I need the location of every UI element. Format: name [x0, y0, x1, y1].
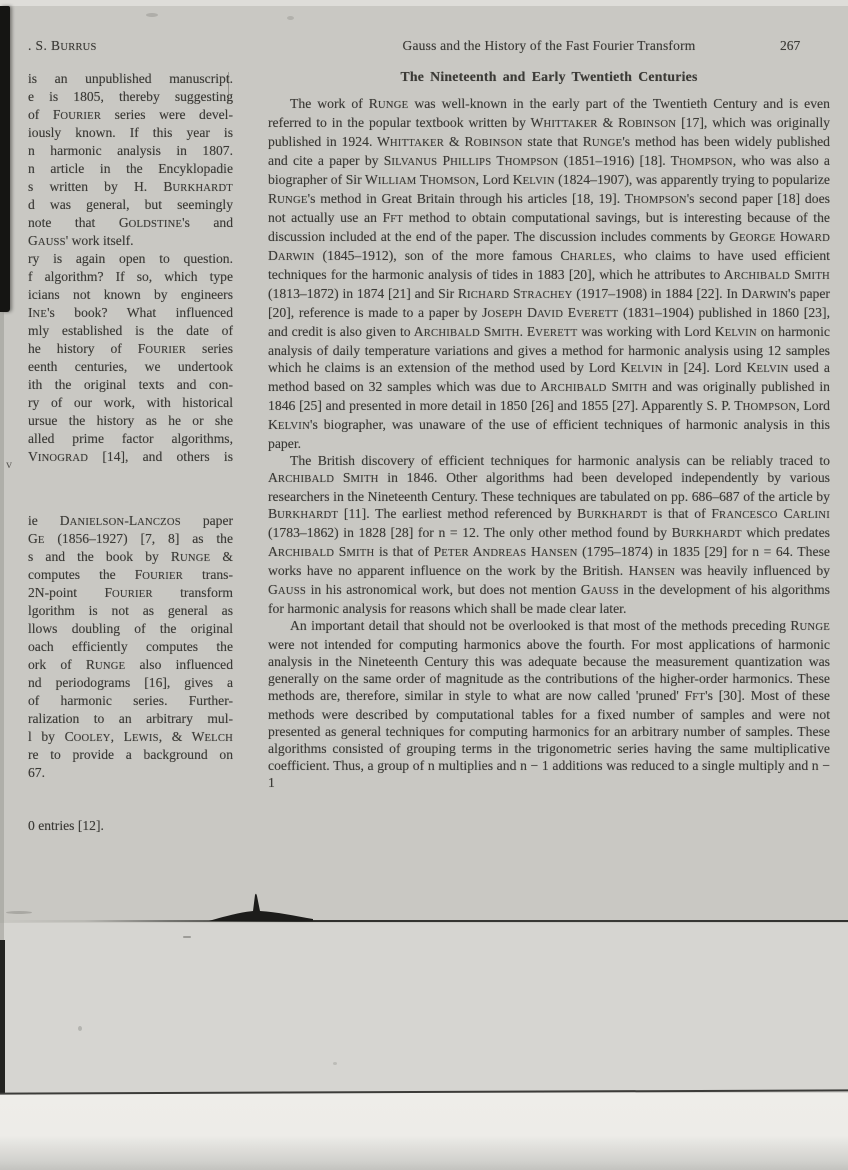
- cut-text-line: ith the original texts and con-: [28, 376, 233, 394]
- footnote-fragment: 0 entries [12].: [28, 818, 104, 834]
- cut-text-line: 2N-point FOURIER transform: [28, 584, 233, 602]
- cut-text-line: computes the FOURIER trans-: [28, 566, 233, 584]
- paper-bottom-band: [0, 1093, 848, 1170]
- cut-text-line: iously known. If this year is: [28, 124, 233, 142]
- cut-text-line: of harmonic series. Further-: [28, 692, 233, 710]
- cut-text-line: l by COOLEY, LEWIS, & WELCH: [28, 728, 233, 746]
- scan-edge-bar-top: [0, 6, 10, 312]
- left-cut-column-block-2: ie DANIELSON-LANCZOS paper GE (1856–1927…: [28, 512, 233, 782]
- cut-text-line: is an unpublished manuscript.: [28, 70, 233, 88]
- running-head-author: . S. BURRUS: [28, 38, 97, 54]
- cut-text-line: s written by H. BURKHARDT: [28, 178, 233, 196]
- cut-text-line: f algorithm? If so, which type: [28, 268, 233, 286]
- ink-blob-artifact: [203, 890, 315, 922]
- scan-smudge: [146, 13, 158, 17]
- cut-text-line: ry is again open to question.: [28, 250, 233, 268]
- cut-text-line: alled prime factor algorithms,: [28, 430, 233, 448]
- paper-top-edge: [0, 0, 848, 6]
- scan-smudge: [6, 911, 32, 914]
- cut-text-line: ry of our work, with historical: [28, 394, 233, 412]
- cut-text-line: d was general, but seemingly: [28, 196, 233, 214]
- paragraph: The British discovery of efficient techn…: [268, 452, 830, 617]
- section-title: The Nineteenth and Early Twentieth Centu…: [268, 69, 830, 85]
- scan-edge-shadow: [0, 312, 4, 940]
- handwritten-check-mark: v: [6, 457, 12, 472]
- main-text-column: The work of RUNGE was well-known in the …: [268, 95, 830, 791]
- cut-text-line: n harmonic analysis in 1807.: [28, 142, 233, 160]
- cut-text-line: nd periodograms [16], gives a: [28, 674, 233, 692]
- cut-text-line: note that GOLDSTINE's and: [28, 214, 233, 232]
- cut-text-line: e is 1805, thereby suggesting: [28, 88, 233, 106]
- cut-text-line: of FOURIER series were devel-: [28, 106, 233, 124]
- cut-text-line: mly established is the date of: [28, 322, 233, 340]
- cut-text-line: ursue the history as he or she: [28, 412, 233, 430]
- scan-smudge: [78, 1026, 82, 1031]
- cut-text-line: eenth centuries, we undertook: [28, 358, 233, 376]
- scanned-paper-page: { "header": { "author": ". S. BURRUS", "…: [0, 0, 848, 1170]
- cut-text-line: GAUSS' work itself.: [28, 232, 233, 250]
- cut-text-line: s and the book by RUNGE &: [28, 548, 233, 566]
- cut-text-line: n article in the Encyklopadie: [28, 160, 233, 178]
- cut-text-line: ie DANIELSON-LANCZOS paper: [28, 512, 233, 530]
- cut-text-line: lgorithm is not as general as: [28, 602, 233, 620]
- paragraph: The work of RUNGE was well-known in the …: [268, 95, 830, 452]
- cut-text-line: ork of RUNGE also influenced: [28, 656, 233, 674]
- cut-text-line: icians not known by engineers: [28, 286, 233, 304]
- page-number: 267: [780, 38, 800, 54]
- left-cut-column-block-1: is an unpublished manuscript. e is 1805,…: [28, 70, 233, 466]
- running-head-title: Gauss and the History of the Fast Fourie…: [268, 38, 830, 54]
- scan-edge-bar-bottom: [0, 940, 5, 1093]
- cut-text-line: VINOGRAD [14], and others is: [28, 448, 233, 466]
- paragraph: An important detail that should not be o…: [268, 617, 830, 791]
- scan-smudge: [183, 936, 191, 938]
- cut-text-line: re to provide a background on: [28, 746, 233, 764]
- paper-lower-band: [0, 923, 848, 1094]
- cut-text-line: oach efficiently computes the: [28, 638, 233, 656]
- scan-smudge: [287, 16, 294, 20]
- author-name: . S. BURRUS: [28, 38, 97, 53]
- cut-text-line: ralization to an arbitrary mul-: [28, 710, 233, 728]
- cut-text-line: INE's book? What influenced: [28, 304, 233, 322]
- cut-text-line: 67.: [28, 764, 233, 782]
- cut-text-line: GE (1856–1927) [7, 8] as the: [28, 530, 233, 548]
- page-edge-scanline: [0, 920, 848, 922]
- scan-smudge: [333, 1062, 337, 1065]
- cut-text-line: llows doubling of the original: [28, 620, 233, 638]
- cut-text-line: he history of FOURIER series: [28, 340, 233, 358]
